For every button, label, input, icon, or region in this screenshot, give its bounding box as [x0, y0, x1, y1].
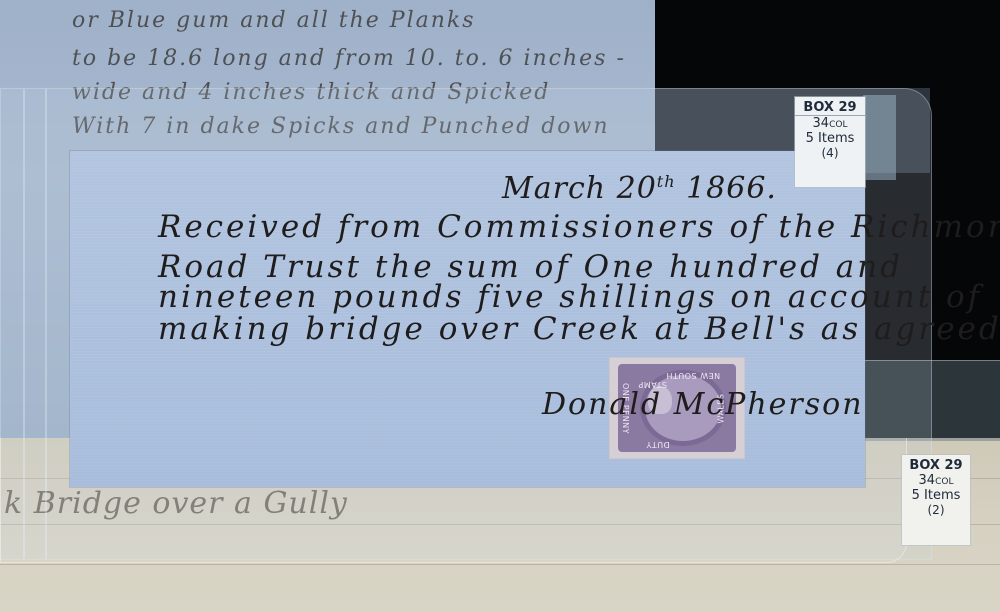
receipt-date: March 20th 1866.	[502, 171, 777, 206]
lot-label: BOX 29 34COL 5 Items (2)	[902, 455, 970, 545]
date-year: 1866.	[686, 171, 777, 206]
lot-label-col: 34COL	[795, 116, 865, 131]
stamp-bottom-text: DUTY	[646, 440, 670, 449]
lot-label-items: 5 Items	[902, 488, 970, 503]
lot-label-col-num: 34	[813, 116, 830, 131]
lot-label-items: 5 Items	[795, 131, 865, 146]
paper-rule-line	[0, 564, 1000, 565]
lot-label-box: BOX 29	[795, 97, 865, 116]
lot-label-box: BOX 29	[902, 455, 970, 473]
lot-label-col-suffix: COL	[935, 477, 953, 487]
lot-label-col-num: 34	[919, 473, 936, 488]
receipt-line: making bridge over Creek at Bell's as ag…	[158, 311, 1000, 347]
signature: Donald McPherson	[542, 387, 864, 422]
lot-label-col: 34COL	[902, 473, 970, 488]
lot-label-number: (4)	[795, 146, 865, 160]
stamp-top-text: NEW SOUTH	[666, 371, 720, 380]
back-letter-line: or Blue gum and all the Planks	[72, 8, 476, 33]
lot-label-col-suffix: COL	[829, 120, 847, 130]
receipt-line: Received from Commissioners of the Richm…	[158, 209, 1000, 245]
lot-label-number: (2)	[902, 503, 970, 517]
back-letter-line: to be 18.6 long and from 10. to. 6 inche…	[72, 46, 626, 71]
receipt-note: March 20th 1866. Received from Commissio…	[70, 151, 865, 487]
receipt-line: nineteen pounds five shillings on accoun…	[158, 279, 982, 315]
date-suffix: th	[657, 172, 676, 191]
date-text: March 20	[502, 171, 657, 206]
lot-label: BOX 29 34COL 5 Items (4)	[795, 97, 865, 187]
